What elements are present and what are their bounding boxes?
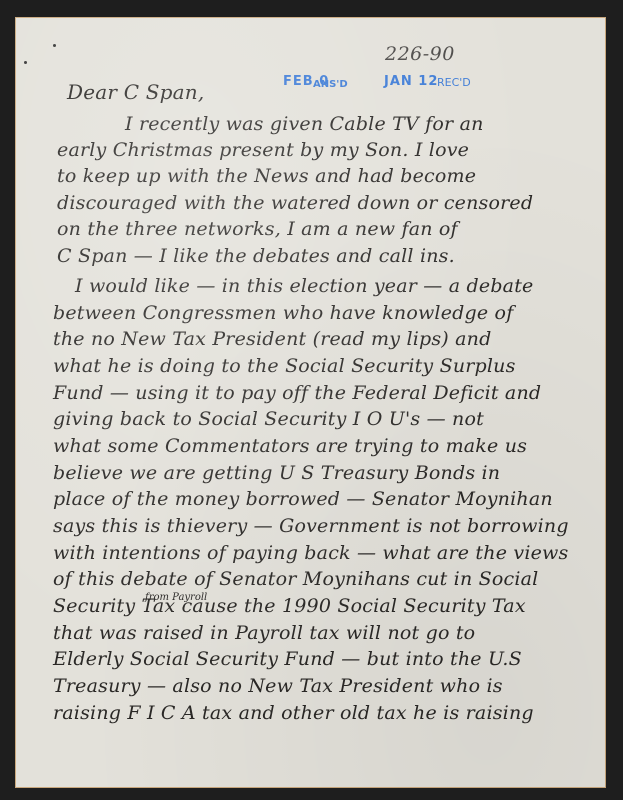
letter-page: 226-90 FEB 0 ANS'D JAN 12 REC'D Dear C S…	[15, 17, 606, 788]
salutation: Dear C Span,	[67, 81, 204, 103]
letter-line: Security Tax cause the 1990 Social Secur…	[53, 595, 526, 617]
letter-line: I recently was given Cable TV for an	[125, 113, 484, 135]
reference-number: 226-90	[385, 43, 455, 65]
paper-speck	[24, 61, 27, 64]
letter-line: on the three networks, I am a new fan of	[57, 218, 458, 240]
received-stamp-label: REC'D	[437, 76, 471, 89]
letter-line: says this is thievery — Government is no…	[53, 515, 569, 537]
letter-line: Elderly Social Security Fund — but into …	[53, 648, 522, 670]
letter-line: raising F I C A tax and other old tax he…	[53, 702, 534, 724]
paper-speck	[53, 44, 56, 47]
received-stamp-date: JAN 12	[384, 74, 438, 89]
letter-line: with intentions of paying back — what ar…	[53, 542, 568, 564]
letter-line: what he is doing to the Social Security …	[53, 355, 516, 377]
answered-stamp-label: ANS'D	[313, 79, 348, 90]
letter-line: discouraged with the watered down or cen…	[57, 192, 533, 214]
letter-line: place of the money borrowed — Senator Mo…	[53, 488, 553, 510]
letter-line: between Congressmen who have knowledge o…	[53, 302, 513, 324]
letter-line: of this debate of Senator Moynihans cut …	[53, 568, 538, 590]
letter-line: I would like — in this election year — a…	[75, 275, 534, 297]
letter-line: that was raised in Payroll tax will not …	[53, 622, 475, 644]
letter-line: early Christmas present by my Son. I lov…	[57, 139, 469, 161]
letter-line: giving back to Social Security I O U's —…	[53, 408, 484, 430]
letter-line: the no New Tax President (read my lips) …	[53, 328, 491, 350]
letter-line: believe we are getting U S Treasury Bond…	[53, 462, 500, 484]
letter-line: what some Commentators are trying to mak…	[53, 435, 527, 457]
letter-line: to keep up with the News and had become	[57, 165, 476, 187]
letter-line: C Span — I like the debates and call ins…	[57, 245, 455, 267]
letter-line: Treasury — also no New Tax President who…	[53, 675, 503, 697]
letter-line: Fund — using it to pay off the Federal D…	[53, 382, 541, 404]
